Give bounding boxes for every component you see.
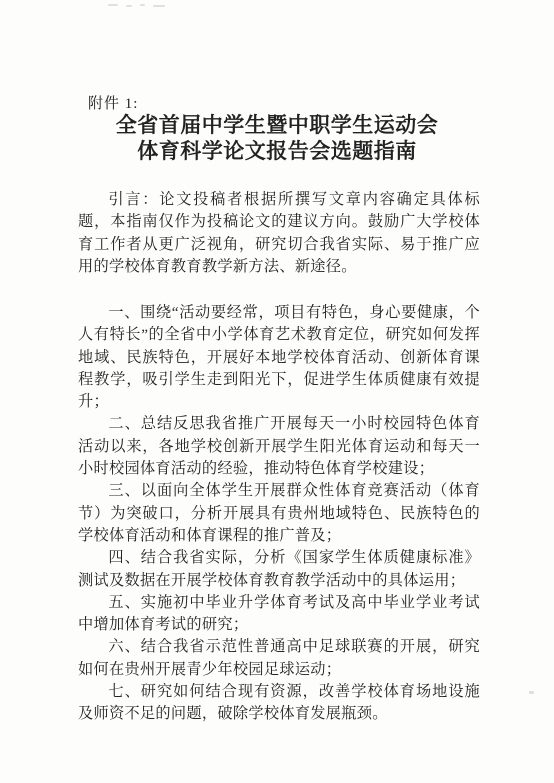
section-paragraph-1: 一、围绕“活动要经常，项目有特色，身心要健康，个人有特长”的全省中小学体育艺术教… [78, 302, 480, 413]
section-paragraph-6: 六、结合我省示范性普通高中足球联赛的开展，研究如何在贵州开展青少年校园足球运动； [78, 636, 480, 681]
section-paragraph-3: 三、以面向全体学生开展群众性体育竞赛活动（体育节）为突破口，分析开展具有贵州地域… [78, 480, 480, 547]
scan-artifact [153, 5, 165, 7]
scan-artifact [140, 4, 145, 6]
title-line-1: 全省首届中学生暨中职学生运动会 [116, 113, 439, 137]
scan-artifact [108, 4, 118, 6]
scan-artifact [126, 5, 132, 7]
section-paragraph-5: 五、实施初中毕业升学体育考试及高中毕业学业考试中增加体育考试的研究； [78, 592, 480, 637]
attachment-label: 附件 1: [88, 92, 138, 113]
document-title: 全省首届中学生暨中职学生运动会 体育科学论文报告会选题指南 [77, 112, 477, 164]
scanned-document-page: 附件 1: 全省首届中学生暨中职学生运动会 体育科学论文报告会选题指南 引言：论… [0, 0, 554, 783]
section-paragraph-7: 七、研究如何结合现有资源，改善学校体育场地设施及师资不足的问题，破除学校体育发展… [78, 681, 480, 726]
section-paragraph-2: 二、总结反思我省推广开展每天一小时校园特色体育活动以来，各地学校创新开展学生阳光… [78, 413, 480, 480]
section-paragraph-4: 四、结合我省实际，分析《国家学生体质健康标准》测试及数据在开展学校体育教育教学活… [78, 547, 480, 592]
title-line-2: 体育科学论文报告会选题指南 [137, 139, 417, 163]
intro-paragraph: 引言：论文投稿者根据所撰写文章内容确定具体标题，本指南仅作为投稿论文的建议方向。… [78, 189, 480, 278]
scan-artifact [529, 691, 534, 694]
document-body: 一、围绕“活动要经常，项目有特色，身心要健康，个人有特长”的全省中小学体育艺术教… [78, 302, 480, 726]
